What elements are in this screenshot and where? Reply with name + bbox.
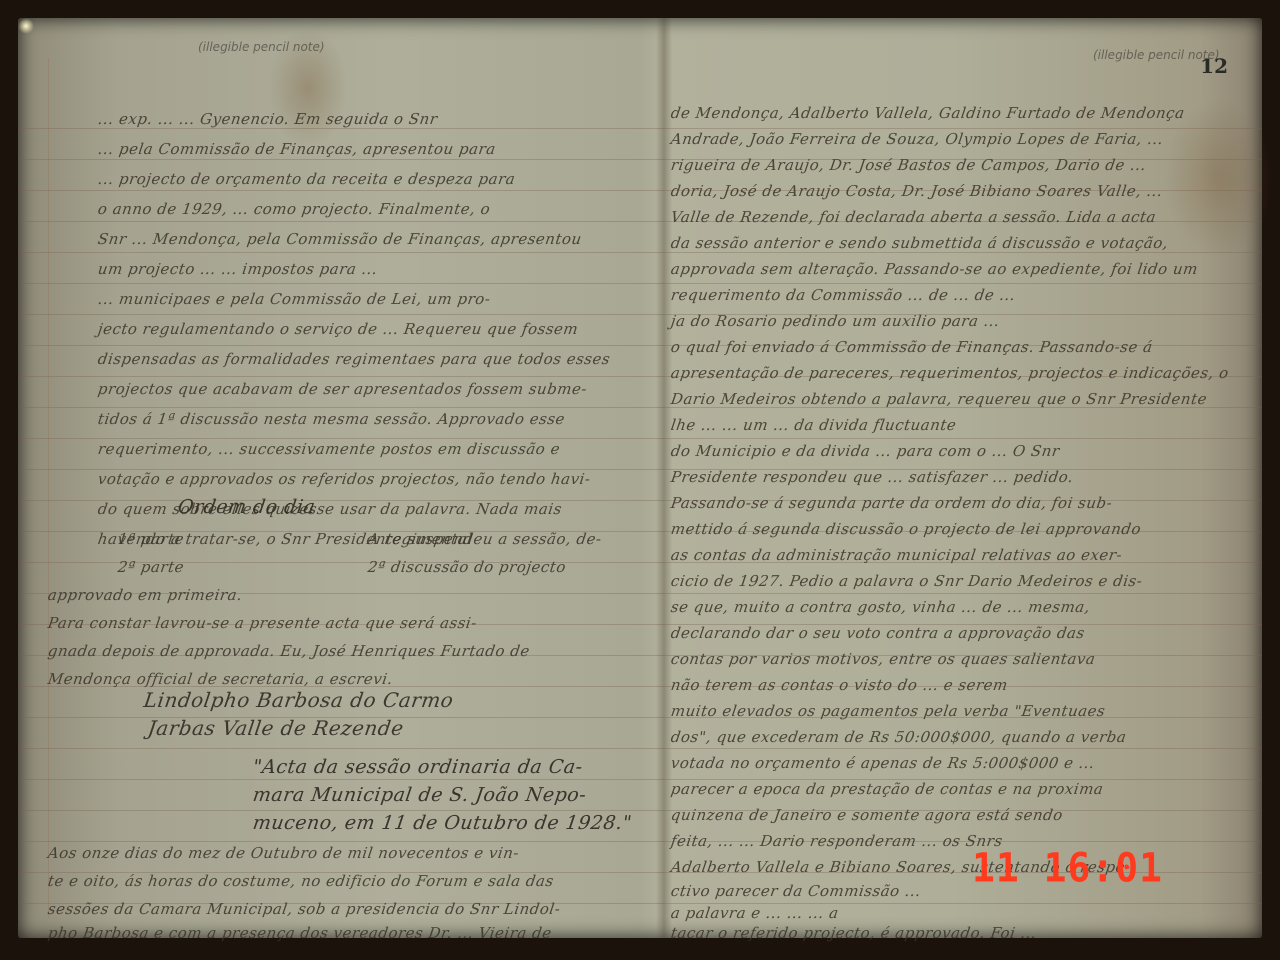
text-line: Aos onze dias do mez de Outubro de mil n… [47, 844, 521, 862]
text-line: ... projecto de orçamento da receita e d… [97, 170, 517, 188]
text-line: se que, muito a contra gosto, vinha ... … [670, 598, 1092, 616]
text-line: declarando dar o seu voto contra a appro… [670, 624, 1086, 642]
text-line: Andrade, João Ferreira de Souza, Olympio… [670, 130, 1165, 148]
text-line: feita, ... ... Dario responderam ... os … [670, 832, 1004, 850]
right-page: (illegible pencil note) 12 de Mendonça, … [663, 18, 1262, 938]
left-page: (illegible pencil note) ... exp. ... ...… [18, 18, 663, 938]
text-line: Valle de Rezende, foi declarada aberta a… [670, 208, 1158, 226]
text-line: dispensadas as formalidades regimentaes … [97, 350, 612, 368]
ledger-book: (illegible pencil note) ... exp. ... ...… [18, 18, 1262, 938]
text-line: projectos que acabavam de ser apresentad… [97, 380, 589, 398]
text-line: parecer a epoca da prestação de contas e… [670, 780, 1105, 798]
text-line: tidos á 1ª discussão nesta mesma sessão.… [97, 410, 567, 428]
text-line: do quem sobre elles quizesse usar da pal… [97, 500, 563, 518]
text-line: muito elevados os pagamentos pela verba … [670, 702, 1107, 720]
text-line: de Mendonça, Adalberto Vallela, Galdino … [670, 104, 1186, 122]
text-line: te e oito, ás horas do costume, no edifi… [47, 872, 555, 890]
minutes-heading: muceno, em 11 de Outubro de 1928." [251, 812, 633, 834]
text-line: quinzena de Janeiro e somente agora está… [670, 806, 1064, 824]
margin-line [48, 58, 49, 918]
text-line: Dario Medeiros obtendo a palavra, requer… [670, 390, 1209, 408]
minutes-heading: "Acta da sessão ordinaria da Ca- [251, 756, 584, 778]
text-line: do Municipio e da divida ... para com o … [670, 442, 1061, 460]
signature: Jarbas Valle de Rezende [146, 716, 405, 740]
text-line: lhe ... ... um ... da divida fluctuante [670, 416, 958, 434]
text-line: ctivo parecer da Commissão ... [670, 882, 922, 900]
text-line: apresentação de pareceres, requerimentos… [670, 364, 1230, 382]
text-line: Snr ... Mendonça, pela Commissão de Fina… [97, 230, 583, 248]
text-line: mettido á segunda discussão o projecto d… [670, 520, 1143, 538]
signature: Lindolpho Barbosa do Carmo [142, 688, 455, 712]
text-line: um projecto ... ... impostos para ... [97, 260, 379, 278]
closing-line: gnada depois de approvada. Eu, José Henr… [47, 642, 531, 660]
order-item-value: A regimental [367, 530, 474, 548]
text-line: approvada sem alteração. Passando-se ao … [670, 260, 1199, 278]
text-line: cicio de 1927. Pedio a palavra o Snr Dar… [670, 572, 1144, 590]
text-line: contas por varios motivos, entre os quae… [670, 650, 1097, 668]
text-line: a palavra e ... ... ... a [670, 904, 840, 922]
text-line: rigueira de Araujo, Dr. José Bastos de C… [670, 156, 1148, 174]
order-trailing: approvado em primeira. [47, 586, 244, 604]
text-line: pho Barbosa e com a presença dos vereado… [47, 924, 553, 942]
text-line: Presidente respondeu que ... satisfazer … [670, 468, 1075, 486]
pencil-note: (illegible pencil note) [198, 40, 325, 54]
text-line: da sessão anterior e sendo submettida á … [670, 234, 1170, 252]
order-item-value: 2ª discussão do projecto [367, 558, 567, 576]
text-line: ... pela Commissão de Finanças, apresent… [97, 140, 497, 158]
text-line: as contas da administração municipal rel… [670, 546, 1124, 564]
order-item-label: 2ª parte [117, 558, 186, 576]
text-line: doria, José de Araujo Costa, Dr. José Bi… [670, 182, 1164, 200]
text-line: Passando-se á segunda parte da ordem do … [670, 494, 1114, 512]
text-line: não terem as contas o visto do ... e ser… [670, 676, 1009, 694]
minutes-heading: mara Municipal de S. João Nepo- [251, 784, 587, 806]
text-line: tacar o referido projecto, é approvado. … [670, 924, 1038, 942]
text-line: o qual foi enviado á Commissão de Finanç… [670, 338, 1154, 356]
page-number: 12 [1200, 54, 1228, 78]
camera-timestamp: 11 16:01 [972, 845, 1163, 891]
text-line: jecto regulamentando o serviço de ... Re… [97, 320, 580, 338]
order-item-label: 1ª parte [117, 530, 186, 548]
text-line: votada no orçamento é apenas de Rs 5:000… [670, 754, 1096, 772]
text-line: votação e approvados os referidos projec… [97, 470, 592, 488]
paper-stain [1163, 98, 1273, 258]
text-line: o anno de 1929, ... como projecto. Final… [97, 200, 492, 218]
order-of-day-title: Ordem do dia [176, 496, 316, 518]
closing-line: Mendonça official de secretaria, a escre… [47, 670, 394, 688]
text-line: ja do Rosario pedindo um auxilio para ..… [670, 312, 1001, 330]
closing-line: Para constar lavrou-se a presente acta q… [47, 614, 478, 632]
text-line: requerimento da Commissão ... de ... de … [670, 286, 1017, 304]
text-line: requerimento, ... successivamente postos… [97, 440, 562, 458]
text-line: sessões da Camara Municipal, sob a presi… [47, 900, 562, 918]
text-line: ... municipaes e pela Commissão de Lei, … [97, 290, 492, 308]
text-line: dos", que excederam de Rs 50:000$000, qu… [670, 728, 1128, 746]
text-line: ... exp. ... ... Gyenencio. Em seguida o… [97, 110, 439, 128]
